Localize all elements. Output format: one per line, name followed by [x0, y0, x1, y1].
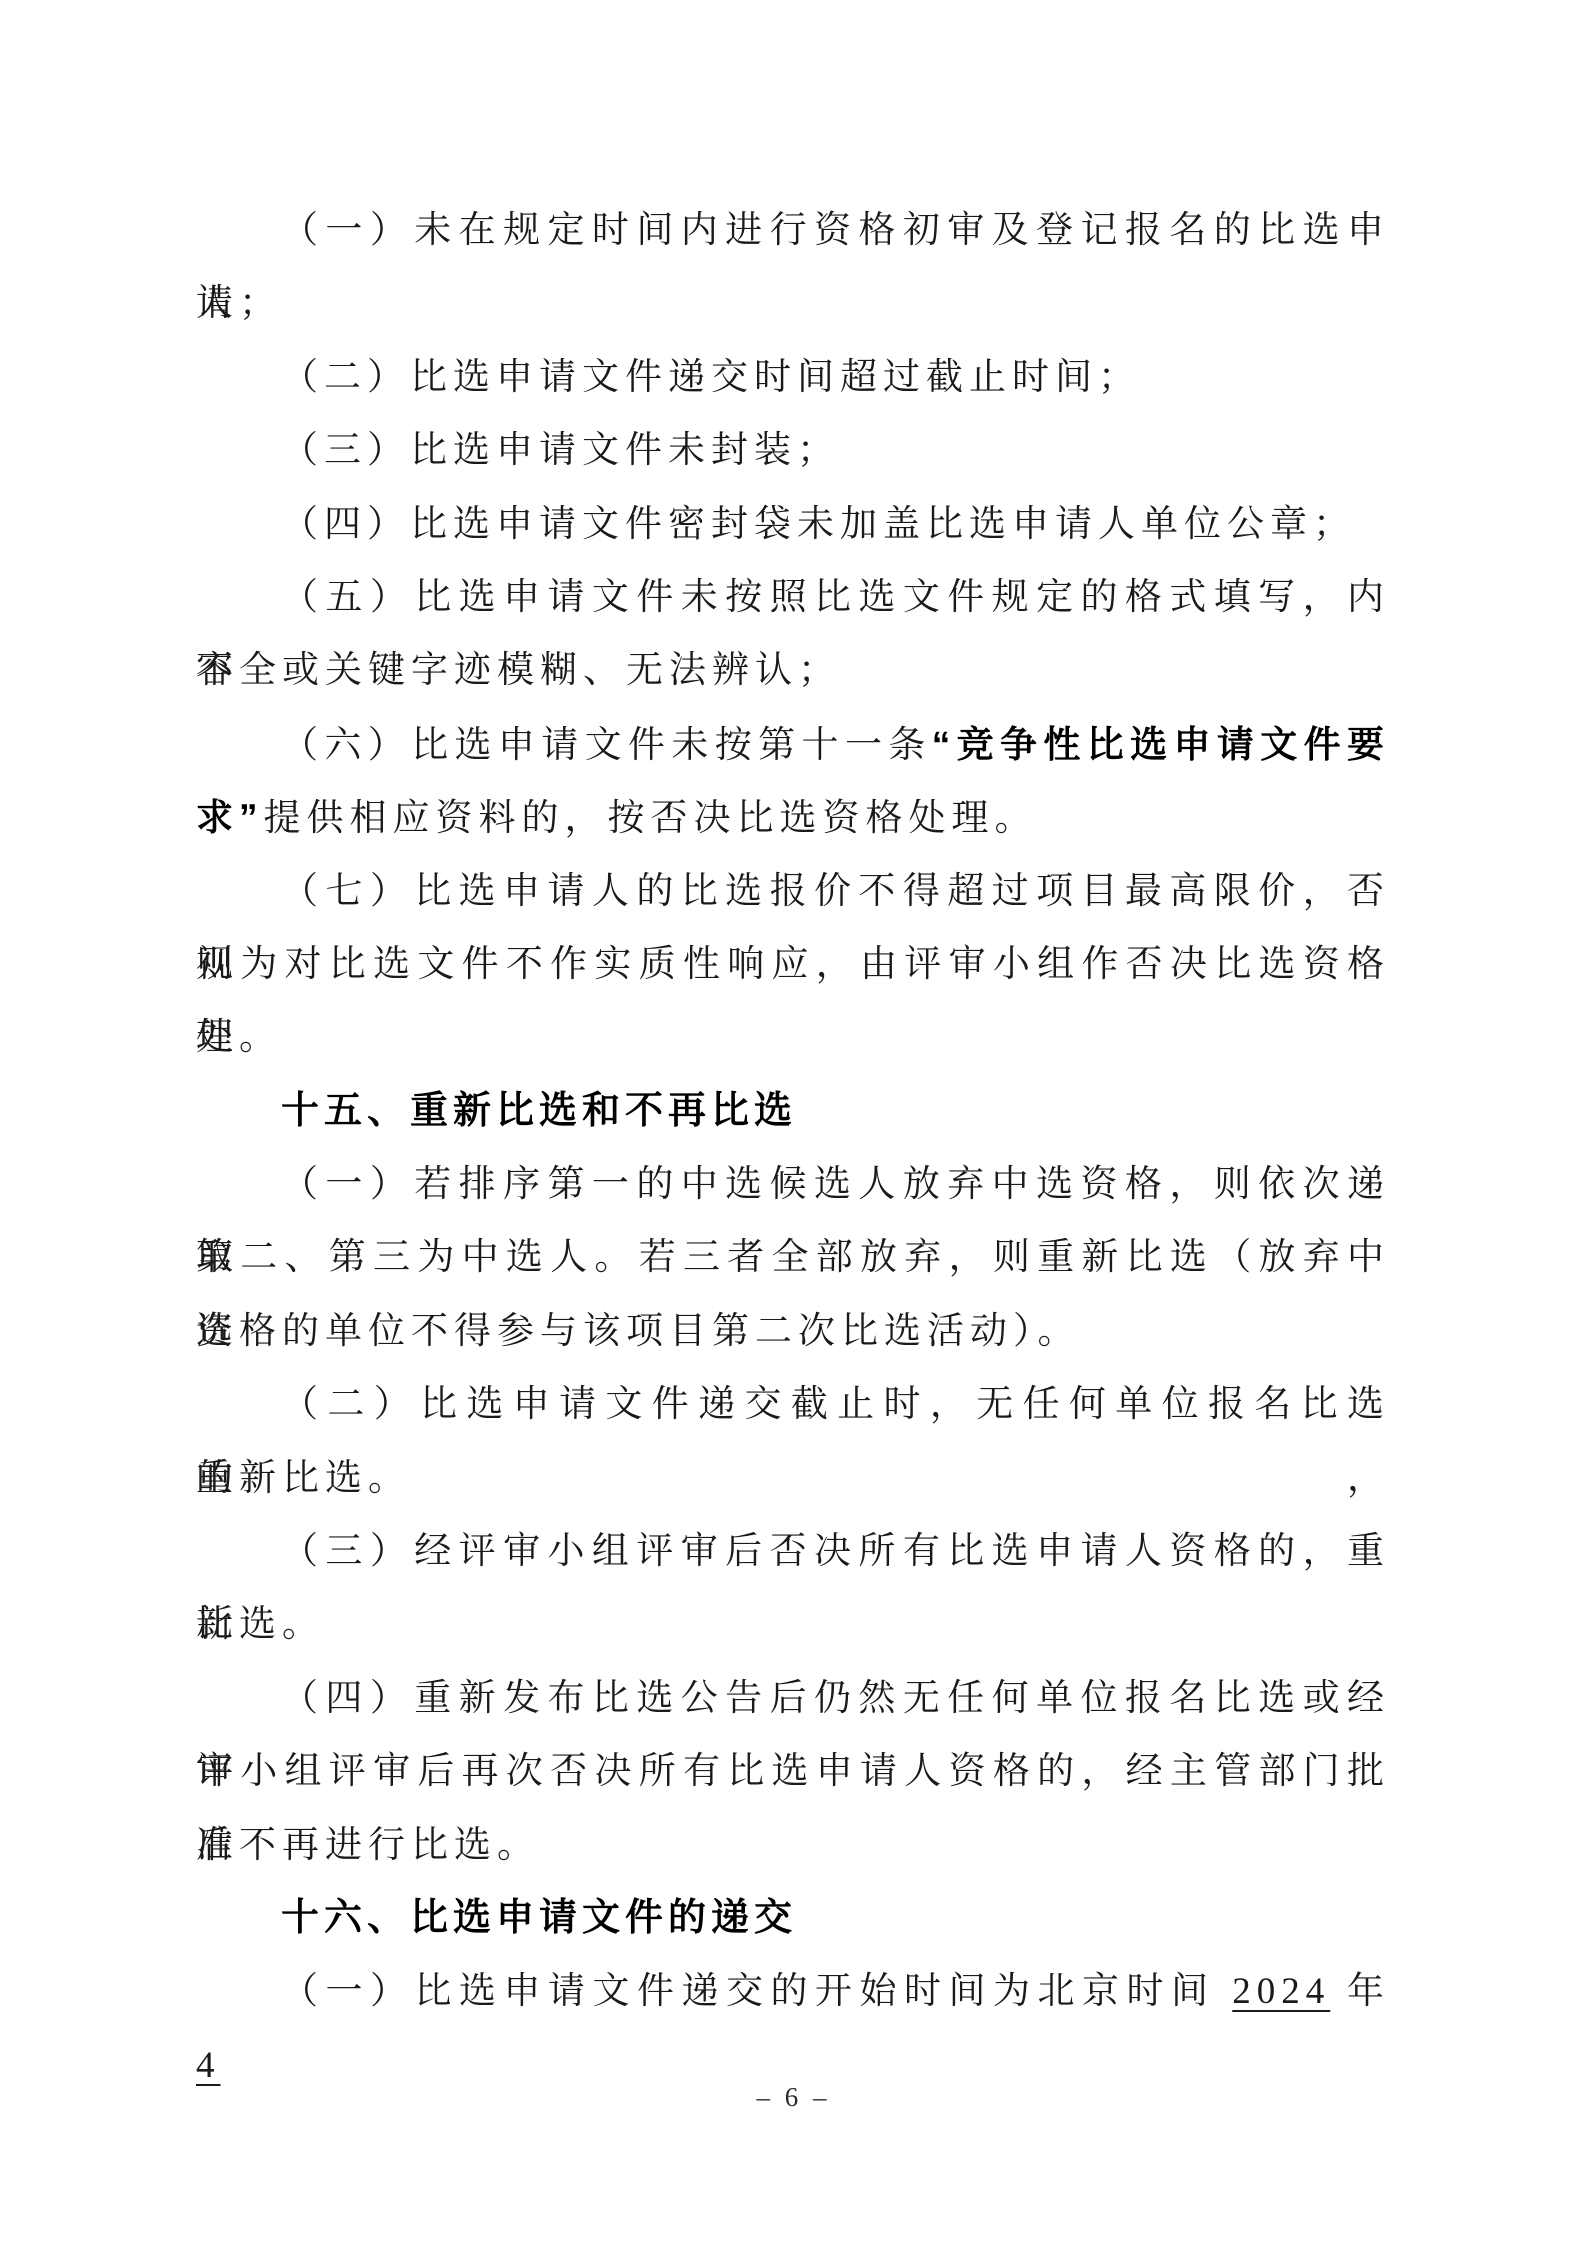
- text-line: 第二、第三为中选人。若三者全部放弃，则重新比选（放弃中选: [196, 1221, 1390, 1294]
- text-line: （二）比选申请文件递交时间超过截止时间；: [196, 341, 1390, 414]
- section-heading: 十五、重新比选和不再比选: [196, 1075, 1390, 1148]
- underlined-value: 2024: [1232, 1971, 1330, 2012]
- text-line: （七）比选申请人的比选报价不得超过项目最高限价，否则: [196, 855, 1390, 928]
- text-run: （四）比选申请文件密封袋未加盖比选申请人单位公章；: [281, 504, 1356, 545]
- text-line: 人；: [196, 267, 1390, 340]
- text-line: （一）比选申请文件递交的开始时间为北京时间 2024 年 4: [196, 1955, 1390, 2028]
- text-run: （二）比选申请文件递交时间超过截止时间；: [281, 357, 1141, 398]
- text-line: （一）若排序第一的中选候选人放弃中选资格，则依次递取: [196, 1148, 1390, 1221]
- text-run: （六）比选申请文件未按第十一条: [281, 725, 932, 766]
- text-run: 比选。: [196, 1604, 325, 1645]
- text-line: 不全或关键字迹模糊、无法辨认；: [196, 634, 1390, 707]
- text-line: 理。: [196, 1001, 1390, 1074]
- bold-emphasis: “竞争性比选申请文件要: [932, 724, 1390, 765]
- text-line: 审小组评审后再次否决所有比选申请人资格的，经主管部门批准: [196, 1735, 1390, 1808]
- section-heading: 十六、比选申请文件的递交: [196, 1882, 1390, 1955]
- text-run: （三）比选申请文件未封装；: [281, 430, 840, 471]
- text-line: （四）比选申请文件密封袋未加盖比选申请人单位公章；: [196, 488, 1390, 561]
- text-line: 后不再进行比选。: [196, 1809, 1390, 1882]
- text-run: 重新比选。: [196, 1458, 411, 1499]
- document-body: （一）未在规定时间内进行资格初审及登记报名的比选申请人；（二）比选申请文件递交时…: [196, 194, 1390, 2029]
- text-line: （五）比选申请文件未按照比选文件规定的格式填写，内容: [196, 561, 1390, 634]
- text-run: 后不再进行比选。: [196, 1825, 540, 1866]
- text-line: （六）比选申请文件未按第十一条“竞争性比选申请文件要: [196, 708, 1390, 781]
- text-run: 人；: [196, 283, 282, 324]
- text-run: 十六、比选申请文件的递交: [281, 1897, 797, 1939]
- text-run: 理。: [196, 1017, 282, 1058]
- bold-emphasis: 求”: [196, 797, 264, 838]
- text-line: （二）比选申请文件递交截止时，无任何单位报名比选的，: [196, 1368, 1390, 1441]
- page-number: – 6 –: [0, 2082, 1587, 2113]
- text-line: （四）重新发布比选公告后仍然无任何单位报名比选或经评: [196, 1662, 1390, 1735]
- text-run: 十五、重新比选和不再比选: [281, 1090, 797, 1132]
- text-line: 比选。: [196, 1588, 1390, 1661]
- text-line: （三）比选申请文件未封装；: [196, 414, 1390, 487]
- text-line: 视为对比选文件不作实质性响应，由评审小组作否决比选资格处: [196, 928, 1390, 1001]
- text-run: 资格的单位不得参与该项目第二次比选活动）。: [196, 1311, 1081, 1352]
- underlined-value: 4: [196, 2045, 221, 2086]
- text-line: 求”提供相应资料的，按否决比选资格处理。: [196, 781, 1390, 854]
- text-line: （三）经评审小组评审后否决所有比选申请人资格的，重新: [196, 1515, 1390, 1588]
- document-page: （一）未在规定时间内进行资格初审及登记报名的比选申请人；（二）比选申请文件递交时…: [0, 0, 1587, 2245]
- text-line: （一）未在规定时间内进行资格初审及登记报名的比选申请: [196, 194, 1390, 267]
- text-line: 资格的单位不得参与该项目第二次比选活动）。: [196, 1295, 1390, 1368]
- text-run: 年: [1330, 1971, 1390, 2012]
- text-run: 提供相应资料的，按否决比选资格处理。: [264, 798, 1038, 839]
- text-run: 不全或关键字迹模糊、无法辨认；: [196, 650, 841, 691]
- text-run: （一）比选申请文件递交的开始时间为北京时间: [281, 1971, 1232, 2012]
